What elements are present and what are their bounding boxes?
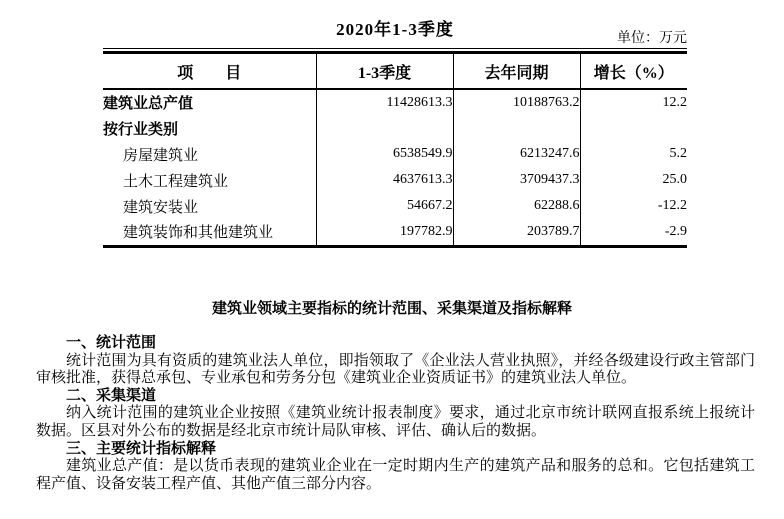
value-last-year: 10188763.2 (453, 89, 580, 116)
row-label: 土木工程建筑业 (103, 167, 316, 193)
value-last-year: 203789.7 (453, 219, 580, 246)
value-growth (580, 116, 687, 142)
section-title: 二、采集渠道 (36, 388, 755, 406)
stats-table: 项 目 1-3季度 去年同期 增长（%） 建筑业总产值11428613.3101… (103, 51, 687, 248)
table-row: 土木工程建筑业4637613.33709437.325.0 (103, 167, 687, 193)
value-q13: 54667.2 (316, 193, 453, 219)
unit-label: 单位：万元 (103, 31, 687, 49)
column-header-item: 项 目 (103, 53, 316, 90)
table-row: 建筑业总产值11428613.310188763.212.2 (103, 89, 687, 116)
notes-heading: 建筑业领域主要指标的统计范围、采集渠道及指标解释 (0, 297, 784, 318)
column-header-last-year: 去年同期 (453, 53, 580, 90)
row-label: 房屋建筑业 (103, 142, 316, 168)
value-growth: -12.2 (580, 193, 687, 219)
table-header-row: 项 目 1-3季度 去年同期 增长（%） (103, 53, 687, 90)
section-title: 三、主要统计指标解释 (36, 441, 755, 459)
value-growth: -2.9 (580, 219, 687, 246)
row-label: 建筑业总产值 (103, 89, 316, 116)
table-header: 项 目 1-3季度 去年同期 增长（%） (103, 53, 687, 90)
row-label: 按行业类别 (103, 116, 316, 142)
value-last-year (453, 116, 580, 142)
value-q13: 197782.9 (316, 219, 453, 246)
value-q13 (316, 116, 453, 142)
section-paragraph: 建筑业总产值：是以货币表现的建筑业企业在一定时期内生产的建筑产品和服务的总和。它… (36, 458, 755, 493)
column-header-growth: 增长（%） (580, 53, 687, 90)
notes-section: 一、统计范围统计范围为具有资质的建筑业法人单位，即指领取了《企业法人营业执照》，… (36, 335, 755, 493)
table-row: 按行业类别 (103, 116, 687, 142)
table-row: 房屋建筑业6538549.96213247.65.2 (103, 142, 687, 168)
value-last-year: 62288.6 (453, 193, 580, 219)
value-growth: 5.2 (580, 142, 687, 168)
row-label: 建筑安装业 (103, 193, 316, 219)
document-page: 2020年1-3季度 单位：万元 项 目 1-3季度 去年同期 增长（%） 建筑… (0, 0, 784, 519)
value-q13: 6538549.9 (316, 142, 453, 168)
section-title: 一、统计范围 (36, 335, 755, 353)
value-last-year: 3709437.3 (453, 167, 580, 193)
value-q13: 4637613.3 (316, 167, 453, 193)
value-growth: 25.0 (580, 167, 687, 193)
table-row: 建筑装饰和其他建筑业197782.9203789.7-2.9 (103, 219, 687, 246)
value-growth: 12.2 (580, 89, 687, 116)
section-paragraph: 纳入统计范围的建筑业企业按照《建筑业统计报表制度》要求，通过北京市统计联网直报系… (36, 405, 755, 440)
row-label: 建筑装饰和其他建筑业 (103, 219, 316, 246)
section-paragraph: 统计范围为具有资质的建筑业法人单位，即指领取了《企业法人营业执照》，并经各级建设… (36, 353, 755, 388)
value-q13: 11428613.3 (316, 89, 453, 116)
table-body: 建筑业总产值11428613.310188763.212.2按行业类别房屋建筑业… (103, 89, 687, 246)
column-header-q13: 1-3季度 (316, 53, 453, 90)
table-row: 建筑安装业54667.262288.6-12.2 (103, 193, 687, 219)
value-last-year: 6213247.6 (453, 142, 580, 168)
